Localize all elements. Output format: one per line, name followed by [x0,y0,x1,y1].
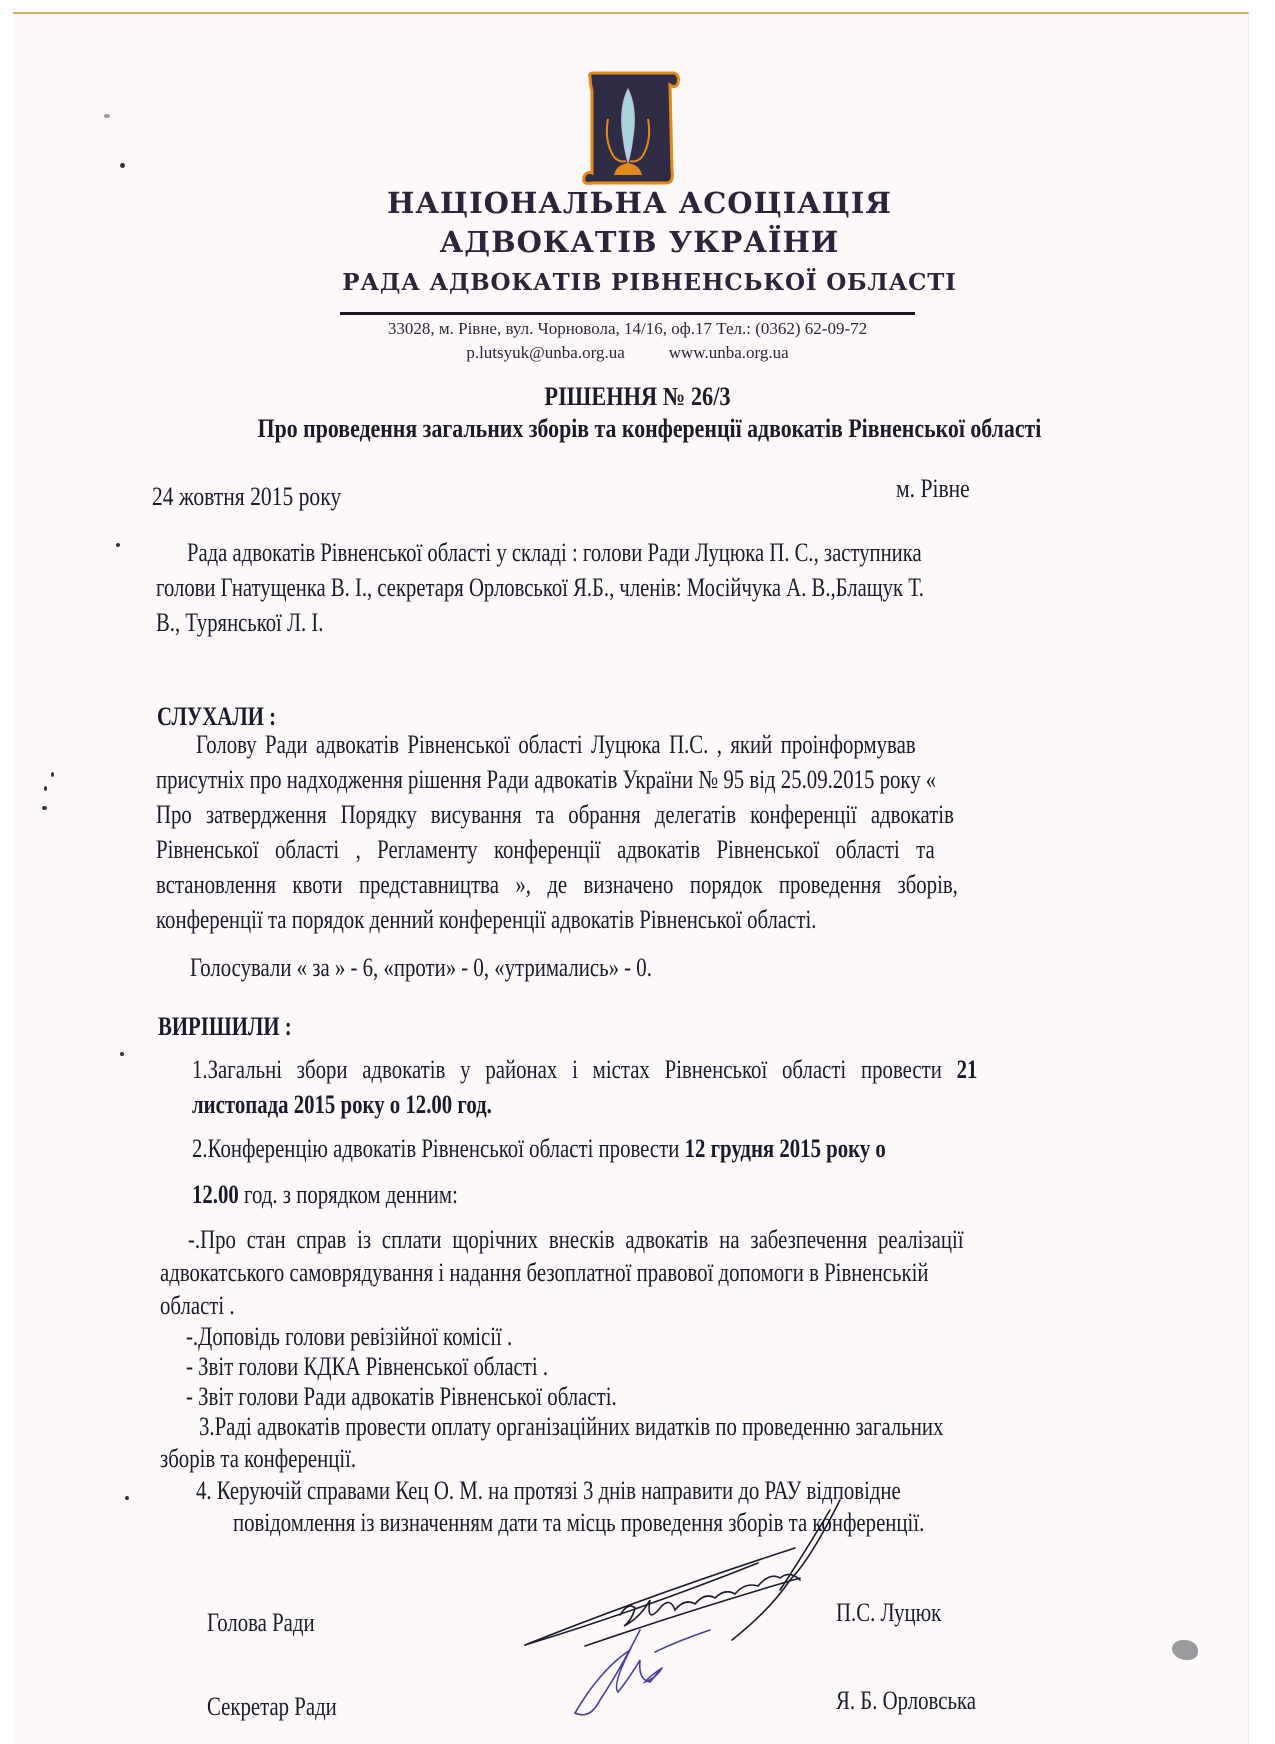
scan-speck [44,786,47,791]
chair-label: Голова Ради [207,1608,315,1638]
heard-heading: СЛУХАЛИ : [157,702,276,732]
decided-heading: ВИРІШИЛИ : [158,1012,292,1042]
heard-line: конференції та порядок денний конференці… [156,905,816,935]
scan-speck [120,163,125,168]
org-name-line2: АДВОКАТІВ УКРАЇНИ [2,225,1275,259]
agenda-item: області . [160,1291,235,1321]
agenda-item: - Звіт голови КДКА Рівненської області . [186,1352,548,1382]
item2-line: 2.Конференцію адвокатів Рівненської обла… [192,1134,886,1164]
item1-date-part: 21 [957,1055,978,1084]
decision-date: 24 жовтня 2015 року [152,482,341,512]
header-divider [340,312,915,315]
item3-line: зборів та конференції. [160,1444,356,1474]
contact-line: p.lutsyuk@unba.org.uawww.unba.org.ua [340,343,915,363]
email-link[interactable]: p.lutsyuk@unba.org.ua [466,343,624,362]
scan-smudge [1172,1640,1198,1660]
address-phone: 33028, м. Рівне, вул. Чорновола, 14/16, … [340,319,915,339]
scan-speck [51,772,54,777]
item2-agenda-intro: год. з порядком денним: [239,1180,458,1209]
decision-title: РІШЕННЯ № 26/3 [89,382,1186,412]
intro-line: голови Гнатущенка В. І., секретаря Орлов… [156,573,924,603]
scan-speck [104,114,110,118]
decision-place: м. Рівне [896,474,970,504]
agenda-item: -.Про стан справ із сплати щорічних внес… [188,1225,964,1255]
vote-result: Голосували « за » - 6, «проти» - 0, «утр… [190,953,652,983]
agenda-item: - Звіт голови Ради адвокатів Рівненської… [186,1382,617,1412]
agenda-item: -.Доповідь голови ревізійної комісії . [186,1322,512,1352]
scan-speck [125,1496,129,1500]
scan-speck [120,1052,124,1056]
item1-line: 1.Загальні збори адвокатів у районах і м… [192,1055,977,1085]
heard-line: присутніх про надходження рішення Ради а… [156,765,936,795]
association-logo-icon [578,71,682,189]
secretary-label: Секретар Ради [207,1692,337,1722]
item1-text: 1.Загальні збори адвокатів у районах і м… [192,1055,942,1084]
intro-line: Рада адвокатів Рівненської області у скл… [187,538,922,568]
item2-text: 2.Конференцію адвокатів Рівненської обла… [192,1134,685,1163]
org-name-line1: НАЦІОНАЛЬНА АСОЦІАЦІЯ [2,186,1275,220]
decision-subtitle: Про проведення загальних зборів та конфе… [114,414,1185,444]
intro-line: В., Турянської Л. І. [156,608,323,638]
heard-line: Голову Ради адвокатів Рівненської област… [196,730,916,760]
heard-line: Рівненської області , Регламенту конфере… [156,835,935,865]
item3-line: 3.Раді адвокатів провести оплату організ… [199,1412,943,1442]
website-link[interactable]: www.unba.org.ua [669,343,789,362]
item2-date: 12 грудня 2015 року о [685,1134,886,1163]
heard-line: Про затвердження Порядку висування та об… [156,800,954,830]
agenda-item: адвокатського самоврядування і надання б… [160,1258,929,1288]
item2-time: 12.00 [192,1180,239,1209]
chair-signature-icon [500,1500,860,1740]
item2-time-line: 12.00 год. з порядком денним: [192,1180,458,1210]
item1-date: листопада 2015 року о 12.00 год. [192,1090,492,1120]
heard-line: встановлення квоти представництва », де … [156,870,958,900]
scan-speck [116,543,120,547]
council-name: РАДА АДВОКАТІВ РІВНЕНСЬКОЇ ОБЛАСТІ [12,269,1275,296]
scan-speck [42,806,47,810]
